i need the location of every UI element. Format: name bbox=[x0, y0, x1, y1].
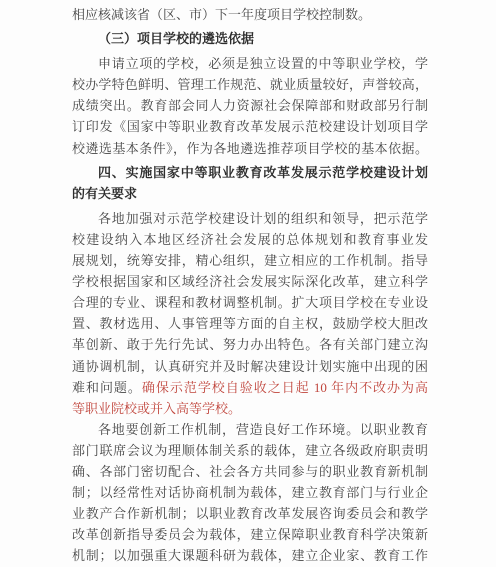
red-text-run: 等职业院校或并入高等学校。 bbox=[72, 401, 241, 416]
text-line: 部门联席会议为理顺体制关系的载体，建立各级政府职责明 bbox=[72, 440, 428, 461]
text-line: 订印发《国家中等职业教育改革发展示范校建设计划项目学 bbox=[72, 116, 428, 137]
text-run: 确、各部门密切配合、社会各方共同参与的职业教育新机制 bbox=[72, 464, 428, 479]
text-run: 通协调机制，认真研究并及时解决建设计划实施中出现的困 bbox=[72, 359, 428, 374]
text-line: 难和问题。确保示范学校自验收之日起 10 年内不改办为高 bbox=[72, 377, 428, 398]
text-run: 订印发《国家中等职业教育改革发展示范校建设计划项目学 bbox=[72, 119, 428, 134]
text-line: 机制；以加强重大课题科研为载体，建立企业家、教育工作 bbox=[72, 545, 428, 566]
document-body: 相应核减该省（区、市）下一年度项目学校控制数。（三）项目学校的遴选依据申请立项的… bbox=[72, 4, 428, 566]
text-line: 校建设纳入本地区经济社会发展的总体规划和教育事业发 bbox=[72, 229, 428, 250]
text-run: 合理的专业、课程和教材调整机制。扩大项目学校在专业设 bbox=[72, 295, 428, 310]
text-line: 各地加强对示范学校建设计划的组织和领导，把示范学 bbox=[72, 208, 428, 229]
text-line: 合理的专业、课程和教材调整机制。扩大项目学校在专业设 bbox=[72, 292, 428, 313]
text-run: 置、教材选用、人事管理等方面的自主权，鼓励学校大胆改 bbox=[72, 316, 428, 331]
text-run: 各地要创新工作机制，营造良好工作环境。以职业教育 bbox=[98, 422, 428, 437]
heading-line: 的有关要求 bbox=[72, 183, 428, 204]
text-run: 学校根据国家和区域经济社会发展实际深化改革，建立科学 bbox=[72, 274, 428, 289]
text-run: 校办学特色鲜明、管理工作规范、就业质量较好，声誉较高， bbox=[72, 77, 428, 92]
text-run: 制；以经常性对话协商机制为载体，建立教育部门与行业企 bbox=[72, 485, 428, 500]
heading-line: （三）项目学校的遴选依据 bbox=[72, 28, 428, 49]
text-run: 校建设纳入本地区经济社会发展的总体规划和教育事业发 bbox=[72, 232, 428, 247]
text-run: 相应核减该省（区、市）下一年度项目学校控制数。 bbox=[72, 7, 371, 22]
text-line: 校遴选基本条件》，作为各地遴选推荐项目学校的基本依据。 bbox=[72, 138, 428, 159]
text-run: 部门联席会议为理顺体制关系的载体，建立各级政府职责明 bbox=[72, 443, 428, 458]
text-line: 展规划，统筹安排，精心组织，建立相应的工作机制。指导 bbox=[72, 250, 428, 271]
text-run: 革创新、敢于先行先试、努力办出特色。各有关部门建立沟 bbox=[72, 337, 428, 352]
text-line: 革创新、敢于先行先试、努力办出特色。各有关部门建立沟 bbox=[72, 334, 428, 355]
text-run: 四、实施国家中等职业教育改革发展示范学校建设计划 bbox=[98, 165, 428, 180]
text-line: 校办学特色鲜明、管理工作规范、就业质量较好，声誉较高， bbox=[72, 74, 428, 95]
text-run: 改革创新指导委员会为载体，建立保障职业教育科学决策新 bbox=[72, 527, 428, 542]
text-run: 机制；以加强重大课题科研为载体，建立企业家、教育工作 bbox=[72, 548, 428, 563]
text-line: 业教产合作新机制；以职业教育改革发展咨询委员会和教学 bbox=[72, 503, 428, 524]
text-line: 等职业院校或并入高等学校。 bbox=[72, 398, 428, 419]
text-line: 相应核减该省（区、市）下一年度项目学校控制数。 bbox=[72, 4, 428, 25]
text-run: 展规划，统筹安排，精心组织，建立相应的工作机制。指导 bbox=[72, 253, 428, 268]
text-line: 成绩突出。教育部会同人力资源社会保障部和财政部另行制 bbox=[72, 95, 428, 116]
text-run: （三）项目学校的遴选依据 bbox=[98, 31, 254, 46]
text-line: 各地要创新工作机制，营造良好工作环境。以职业教育 bbox=[72, 419, 428, 440]
text-run: 申请立项的学校，必须是独立设置的中等职业学校，学 bbox=[98, 56, 428, 71]
text-line: 通协调机制，认真研究并及时解决建设计划实施中出现的困 bbox=[72, 356, 428, 377]
document-page: 相应核减该省（区、市）下一年度项目学校控制数。（三）项目学校的遴选依据申请立项的… bbox=[0, 0, 496, 567]
text-run: 业教产合作新机制；以职业教育改革发展咨询委员会和教学 bbox=[72, 506, 428, 521]
text-run: 各地加强对示范学校建设计划的组织和领导，把示范学 bbox=[98, 211, 428, 226]
text-run: 的有关要求 bbox=[72, 186, 137, 201]
red-text-run: 确保示范学校自验收之日起 10 年内不改办为高 bbox=[142, 380, 428, 395]
text-line: 学校根据国家和区域经济社会发展实际深化改革，建立科学 bbox=[72, 271, 428, 292]
text-line: 确、各部门密切配合、社会各方共同参与的职业教育新机制 bbox=[72, 461, 428, 482]
text-run: 成绩突出。教育部会同人力资源社会保障部和财政部另行制 bbox=[72, 98, 428, 113]
text-line: 改革创新指导委员会为载体，建立保障职业教育科学决策新 bbox=[72, 524, 428, 545]
text-run: 校遴选基本条件》，作为各地遴选推荐项目学校的基本依据。 bbox=[72, 141, 428, 156]
heading-line: 四、实施国家中等职业教育改革发展示范学校建设计划 bbox=[72, 162, 428, 183]
text-line: 制；以经常性对话协商机制为载体，建立教育部门与行业企 bbox=[72, 482, 428, 503]
text-run: 难和问题。 bbox=[72, 380, 142, 395]
text-line: 申请立项的学校，必须是独立设置的中等职业学校，学 bbox=[72, 53, 428, 74]
text-line: 置、教材选用、人事管理等方面的自主权，鼓励学校大胆改 bbox=[72, 313, 428, 334]
